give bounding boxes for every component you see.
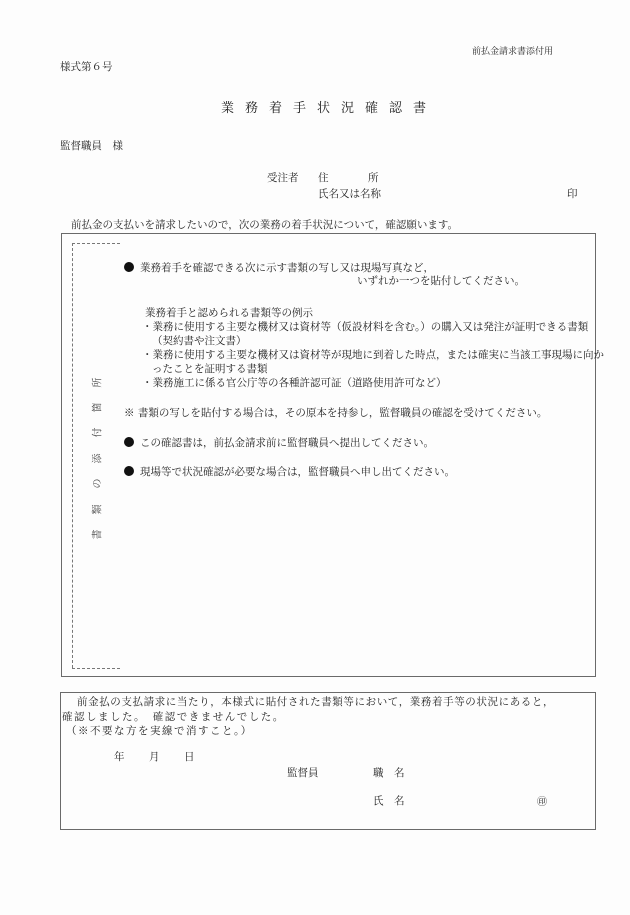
- bracket-top-line: [72, 243, 120, 244]
- vertical-label-char: の: [89, 478, 104, 490]
- contractor-seal: 印: [567, 186, 578, 201]
- example-2-line2: ったことを証明する書類: [152, 361, 268, 376]
- supervisor-name-label: 氏 名: [373, 793, 405, 808]
- date-year-label: 年: [114, 749, 125, 764]
- name-label: 氏名又は名称: [318, 186, 381, 201]
- examples-heading: 業務着手と認められる書類等の例示: [145, 305, 313, 320]
- vertical-label-char: 付: [89, 427, 104, 439]
- vertical-label-char: 所: [89, 377, 104, 389]
- date-day-label: 日: [184, 749, 195, 764]
- address-label-1: 住: [318, 170, 329, 185]
- example-1-line2: （契約書や注文書）: [152, 333, 247, 348]
- form-number: 様式第６号: [60, 59, 113, 74]
- instruction-2: この確認書は，前払金請求前に監督職員へ提出してください。: [124, 435, 434, 450]
- attachment-bracket: [72, 243, 73, 668]
- example-2-line1: ・業務に使用する主要な機材又は資材等が現地に到着した時点，または確実に当該工事現…: [142, 347, 604, 362]
- example-1-line1: ・業務に使用する主要な機材又は資材等（仮設材料を含む。）の購入又は発注が証明でき…: [142, 319, 588, 334]
- attachment-box: [61, 233, 596, 677]
- instruction-3: 現場等で状況確認が必要な場合は，監督職員へ申し出てください。: [124, 464, 455, 479]
- vertical-label-char: 添: [89, 453, 104, 465]
- contractor-label: 受注者: [267, 170, 299, 185]
- copy-note: ※ 書類の写しを貼付する場合は，その原本を持参し，監督職員の確認を受けてください…: [124, 405, 547, 420]
- page-title: 業務着手状況確認書: [221, 97, 437, 116]
- bracket-bottom-line: [72, 668, 120, 669]
- bullet-icon: [124, 466, 134, 476]
- attachment-note: 前払金請求書添付用: [472, 44, 553, 57]
- confirmation-line-2: 確認しました。 確認できませんでした。: [62, 709, 285, 724]
- supervisor-label: 監督員: [287, 765, 319, 780]
- request-text: 前払金の支払いを請求したいので，次の業務の着手状況について，確認願います。: [71, 217, 458, 232]
- bullet-icon: [124, 262, 134, 272]
- vertical-label-char: 類: [89, 504, 104, 516]
- vertical-label-char: 書: [89, 529, 104, 541]
- supervisor-seal-icon: ㊞: [537, 793, 547, 808]
- position-label: 職 名: [373, 765, 405, 780]
- vertical-label-char: 箇: [89, 402, 104, 414]
- instruction-1-line2: いずれか一つを貼付してください。: [357, 273, 525, 288]
- addressee: 監督職員 様: [60, 138, 123, 153]
- date-month-label: 月: [149, 749, 160, 764]
- confirmation-line-3: （※不要な方を実線で消すこと。）: [66, 723, 253, 738]
- confirmation-line-1: 前金払の支払請求に当たり，本様式に貼付された書類等において，業務着手等の状況にあ…: [77, 694, 554, 709]
- address-label-2: 所: [368, 170, 379, 185]
- example-3-line1: ・業務施工に係る官公庁等の各種許認可証（道路使用許可など）: [142, 375, 447, 390]
- bullet-icon: [124, 437, 134, 447]
